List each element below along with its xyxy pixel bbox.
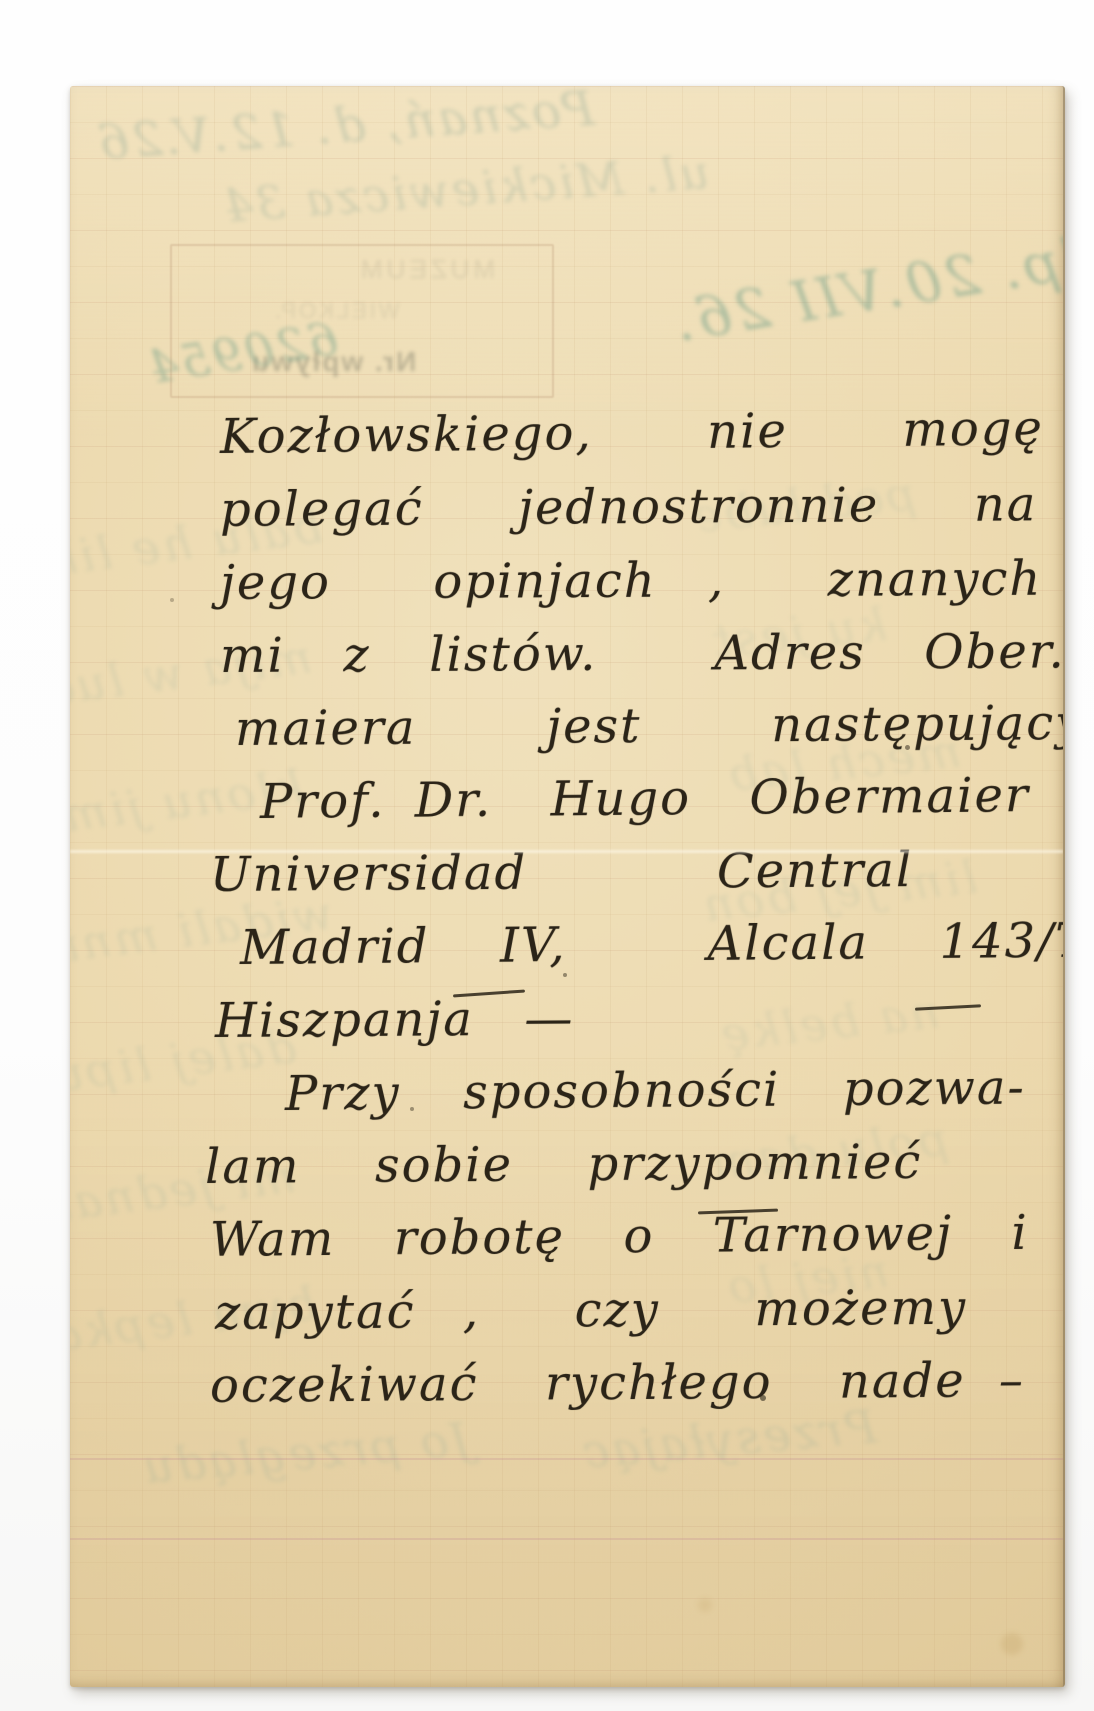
paper-speck bbox=[170, 598, 174, 602]
ruled-line bbox=[70, 1458, 1063, 1460]
bleedthrough-stamp-text: MUZEUM bbox=[357, 254, 495, 285]
handwriting-line: oczekiwać rychłego nade – bbox=[210, 1352, 1025, 1414]
paper-speck bbox=[563, 973, 567, 977]
handwriting-line: jego opinjach , znanych bbox=[220, 551, 1043, 611]
handwriting-line: zapytać , czy możemy bbox=[215, 1280, 967, 1341]
paper-crease bbox=[70, 850, 1063, 853]
handwriting-line: maiera jest następujący. bbox=[235, 695, 1065, 757]
handwriting-line: Kozłowskiego, nie mogę bbox=[220, 400, 1044, 465]
handwriting-line: lam sobie przypomnieć bbox=[205, 1134, 923, 1195]
scanned-letter: MUZEUM WIELKOP. Nr. wpływu Poznań, d. 12… bbox=[0, 0, 1094, 1711]
handwriting-line: Madrid IV, Alcala 143/T. bbox=[240, 913, 1065, 976]
handwriting-line: Przy sposobności pozwa- bbox=[285, 1060, 1026, 1122]
ruled-line bbox=[70, 1538, 1063, 1540]
paper-speck bbox=[410, 1107, 414, 1111]
handwriting-line: Prof. Dr. Hugo Obermaier bbox=[260, 767, 1030, 830]
letter-page: MUZEUM WIELKOP. Nr. wpływu Poznań, d. 12… bbox=[70, 86, 1065, 1687]
handwriting-line: Hiszpanja — bbox=[215, 990, 575, 1049]
handwriting-line: polegać jednostronnie na bbox=[220, 476, 1038, 538]
handwriting-line: Wam robotę o Tarnowej i bbox=[210, 1205, 1029, 1268]
paper-speck bbox=[905, 745, 910, 750]
paper-speck bbox=[760, 1395, 766, 1401]
handwriting-line: mi z listów. Adres Ober. bbox=[220, 624, 1065, 684]
paper-speck bbox=[1001, 1633, 1023, 1655]
paper-speck bbox=[698, 1598, 712, 1612]
